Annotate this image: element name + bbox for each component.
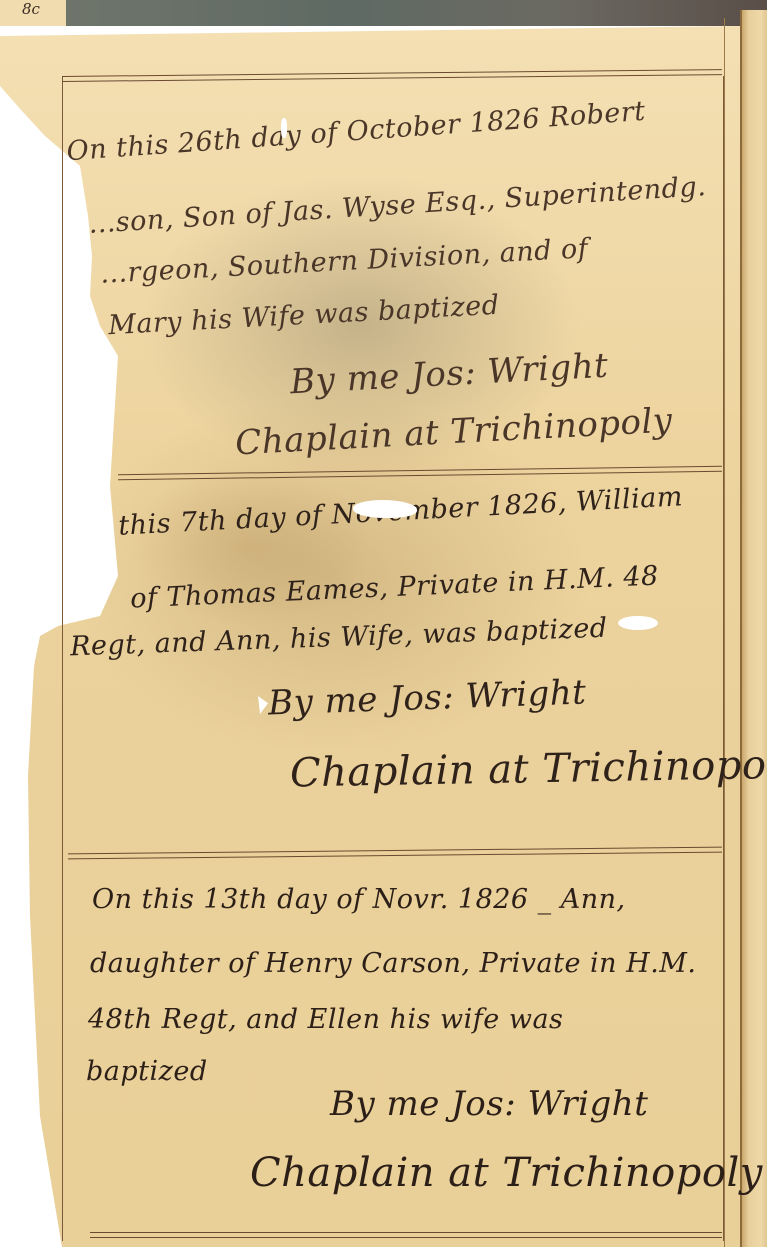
binding-edge	[740, 10, 767, 1247]
signature-title: Chaplain at Trichinopoly	[290, 742, 767, 797]
signature: By me Jos: Wright	[330, 1084, 648, 1124]
corner-scrap: 8c	[0, 0, 66, 26]
spine-line	[724, 18, 725, 1247]
corner-note: 8c	[22, 0, 40, 18]
signature-title: Chaplain at Trichinopoly	[250, 1150, 763, 1196]
entry-line: daughter of Henry Carson, Private in H.M…	[90, 948, 697, 979]
entry-line: baptized	[86, 1056, 208, 1087]
paper-hole	[618, 616, 658, 630]
entry-line: On this 13th day of Novr. 1826 _ Ann,	[92, 884, 626, 915]
entry-line: 48th Regt, and Ellen his wife was	[88, 1004, 563, 1035]
entry-divider	[90, 1232, 722, 1238]
background-surface	[60, 0, 767, 26]
paper-hole	[281, 118, 287, 138]
paper-hole	[353, 500, 417, 518]
